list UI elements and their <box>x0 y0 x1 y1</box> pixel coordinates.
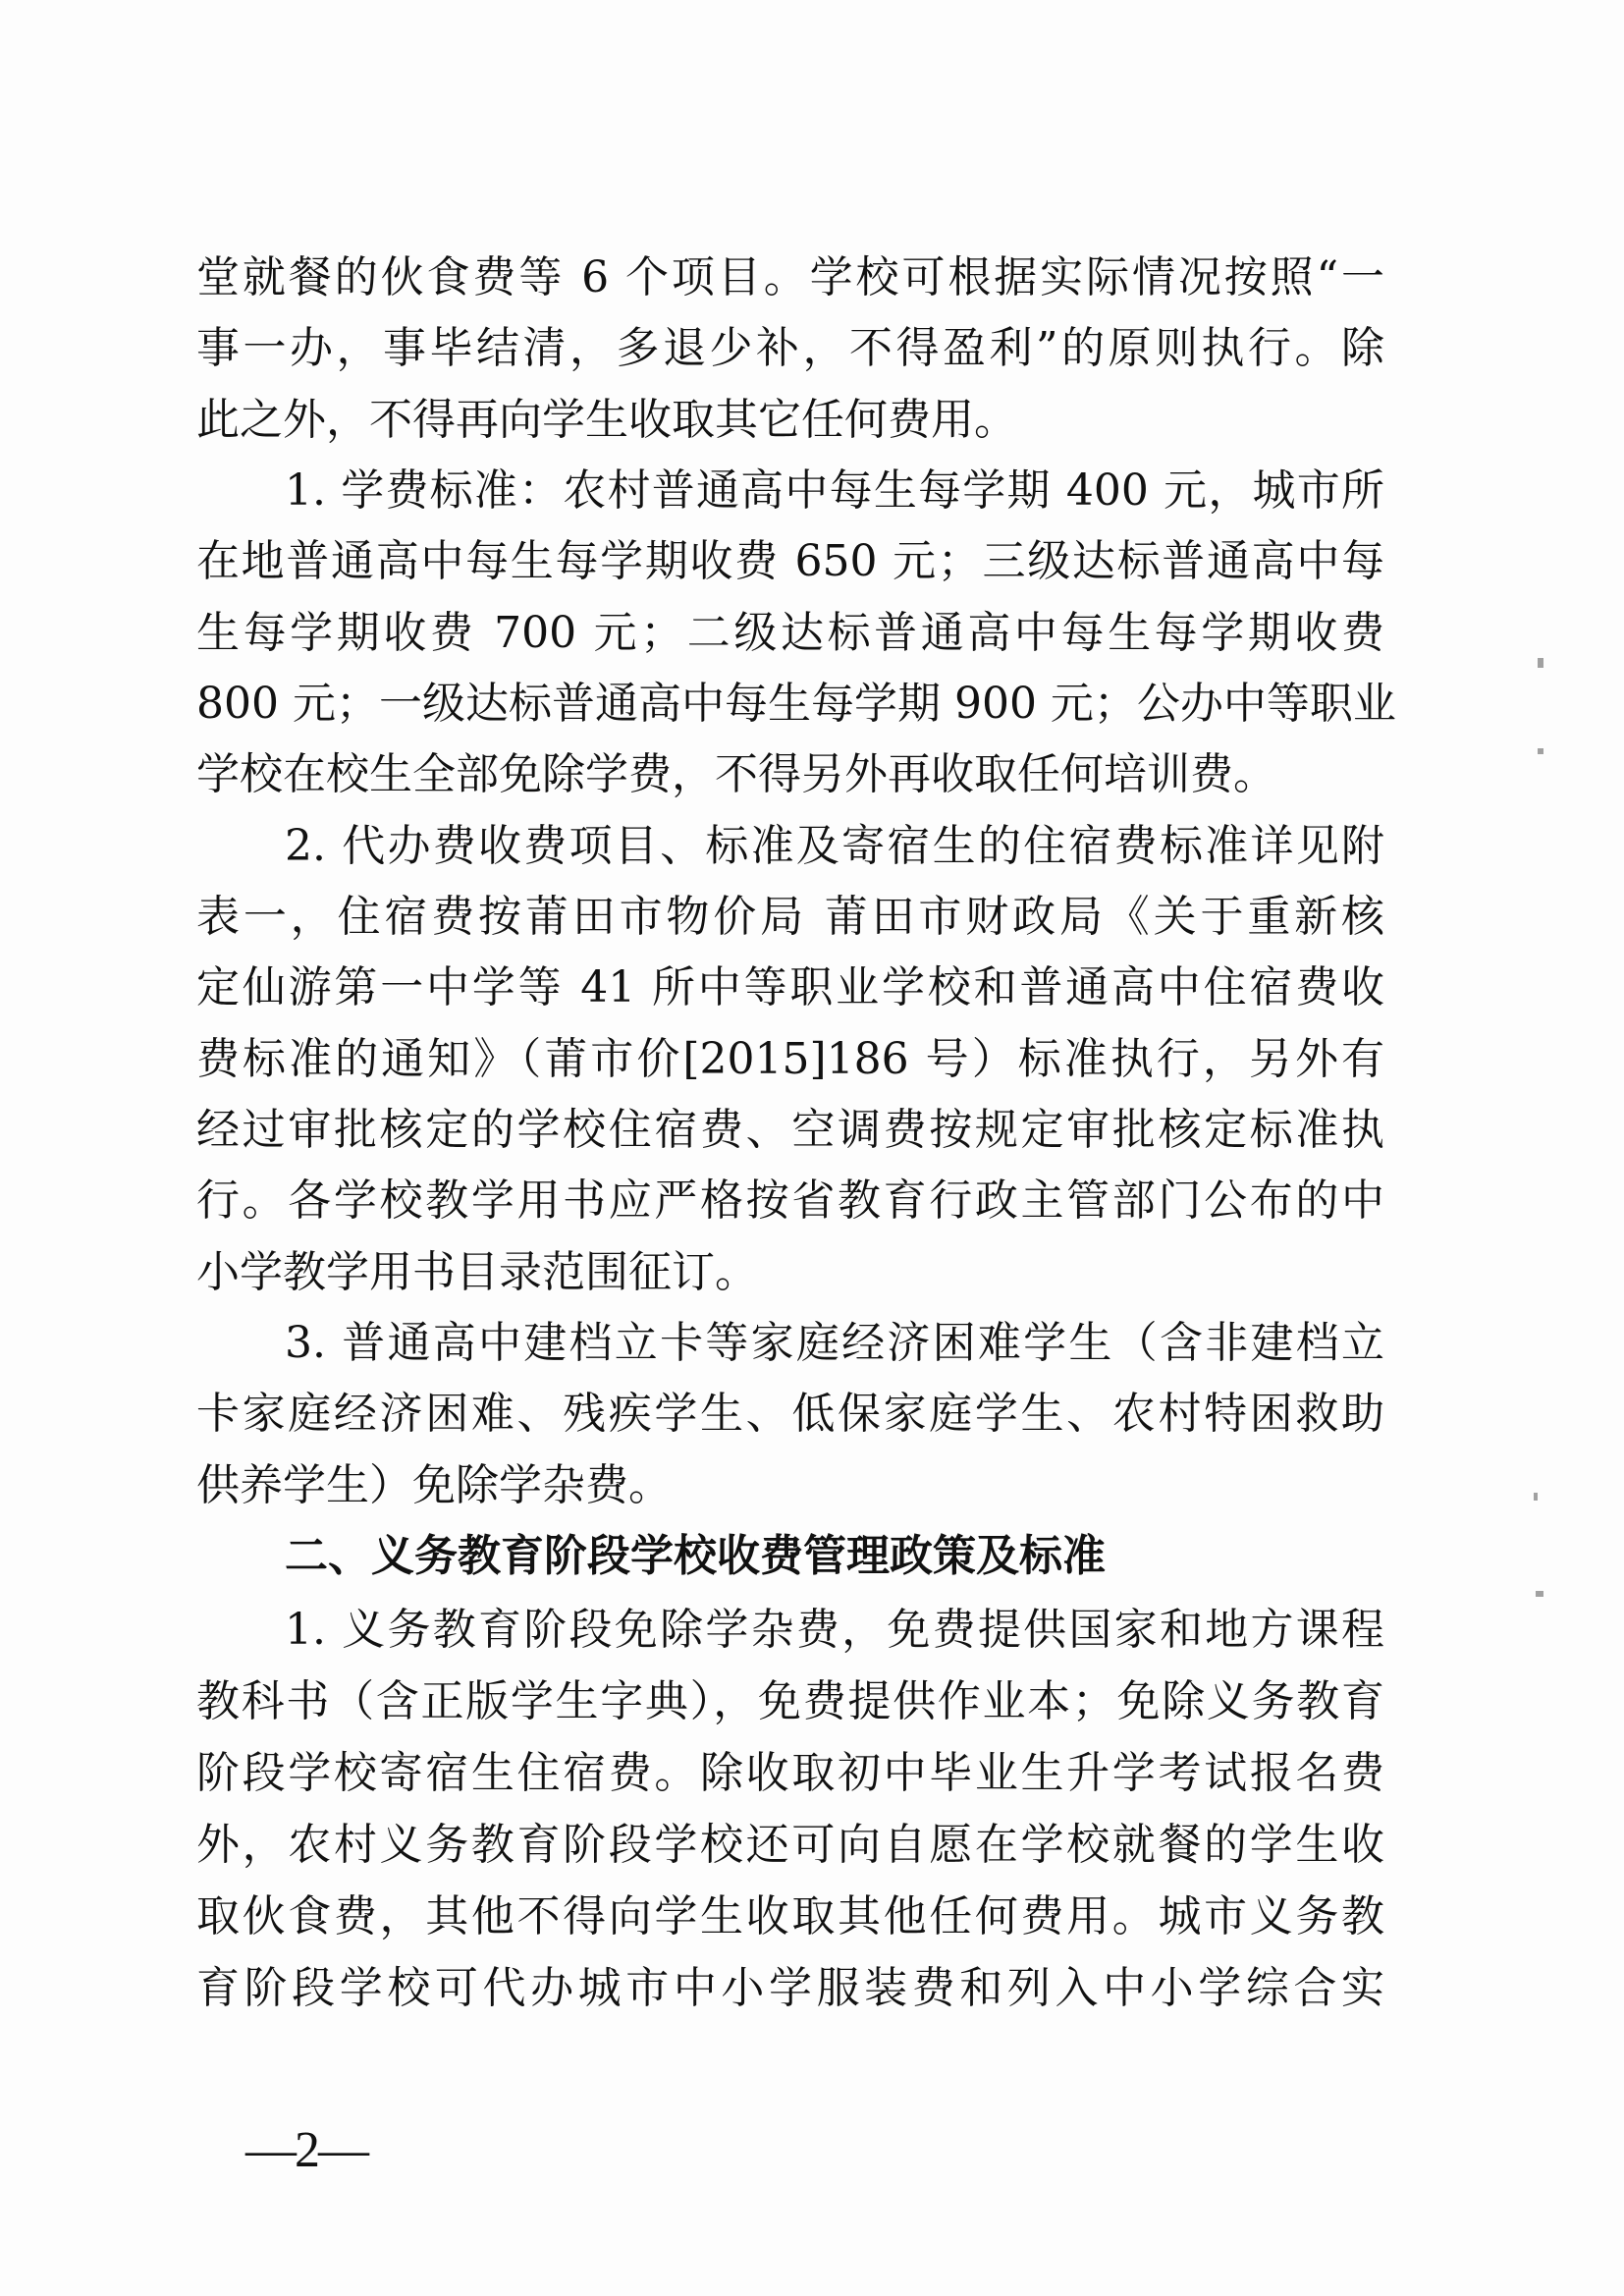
text-line: 供养学生）免除学杂费。 <box>196 1456 1384 1515</box>
text-line: 此之外，不得再向学生收取其它任何费用。 <box>196 391 1384 450</box>
text-line: 定仙游第一中学等 41 所中等职业学校和普通高中住宿费收 <box>196 958 1384 1017</box>
text-line: 800 元；一级达标普通高中每生每学期 900 元；公办中等职业 <box>196 675 1384 734</box>
text-line: 学校在校生全部免除学费，不得另外再收取任何培训费。 <box>196 745 1384 804</box>
text-line: 外，农村义务教育阶段学校还可向自愿在学校就餐的学生收 <box>196 1816 1384 1875</box>
text-line: 事一办，事毕结清，多退少补，不得盈利”的原则执行。除 <box>196 319 1384 378</box>
text-line: 表一，住宿费按莆田市物价局 莆田市财政局《关于重新核 <box>196 888 1384 947</box>
text-line: 经过审批核定的学校住宿费、空调费按规定审批核定标准执 <box>196 1101 1384 1160</box>
document-page: 堂就餐的伙食费等 6 个项目。学校可根据实际情况按照“一 事一办，事毕结清，多退… <box>0 0 1624 2296</box>
text-line: 小学教学用书目录范围征订。 <box>196 1243 1384 1302</box>
text-line: 1. 学费标准：农村普通高中每生每学期 400 元，城市所 <box>285 462 1384 520</box>
text-line: 3. 普通高中建档立卡等家庭经济困难学生（含非建档立 <box>285 1314 1384 1373</box>
scan-mark <box>1536 1591 1543 1597</box>
text-line: 卡家庭经济困难、残疾学生、低保家庭学生、农村特困救助 <box>196 1385 1384 1444</box>
page-number: —2— <box>245 2121 367 2179</box>
text-line: 生每学期收费 700 元；二级达标普通高中每生每学期收费 <box>196 604 1384 663</box>
text-line: 2. 代办费收费项目、标准及寄宿生的住宿费标准详见附 <box>285 817 1384 876</box>
scan-mark <box>1538 658 1543 668</box>
scan-mark <box>1538 748 1543 754</box>
text-line: 在地普通高中每生每学期收费 650 元；三级达标普通高中每 <box>196 532 1384 591</box>
text-line: 育阶段学校可代办城市中小学服装费和列入中小学综合实 <box>196 1959 1384 2018</box>
text-line: 教科书（含正版学生字典），免费提供作业本；免除义务教育 <box>196 1672 1384 1731</box>
text-line: 费标准的通知》（莆市价[2015]186 号）标准执行，另外有 <box>196 1030 1384 1089</box>
text-line: 行。各学校教学用书应严格按省教育行政主管部门公布的中 <box>196 1172 1384 1230</box>
section-heading: 二、义务教育阶段学校收费管理政策及标准 <box>285 1527 1384 1586</box>
scan-mark <box>1534 1493 1538 1501</box>
text-line: 阶段学校寄宿生住宿费。除收取初中毕业生升学考试报名费 <box>196 1744 1384 1803</box>
text-line: 1. 义务教育阶段免除学杂费，免费提供国家和地方课程 <box>285 1601 1384 1660</box>
text-line: 取伙食费，其他不得向学生收取其他任何费用。城市义务教 <box>196 1887 1384 1946</box>
text-line: 堂就餐的伙食费等 6 个项目。学校可根据实际情况按照“一 <box>196 248 1384 307</box>
